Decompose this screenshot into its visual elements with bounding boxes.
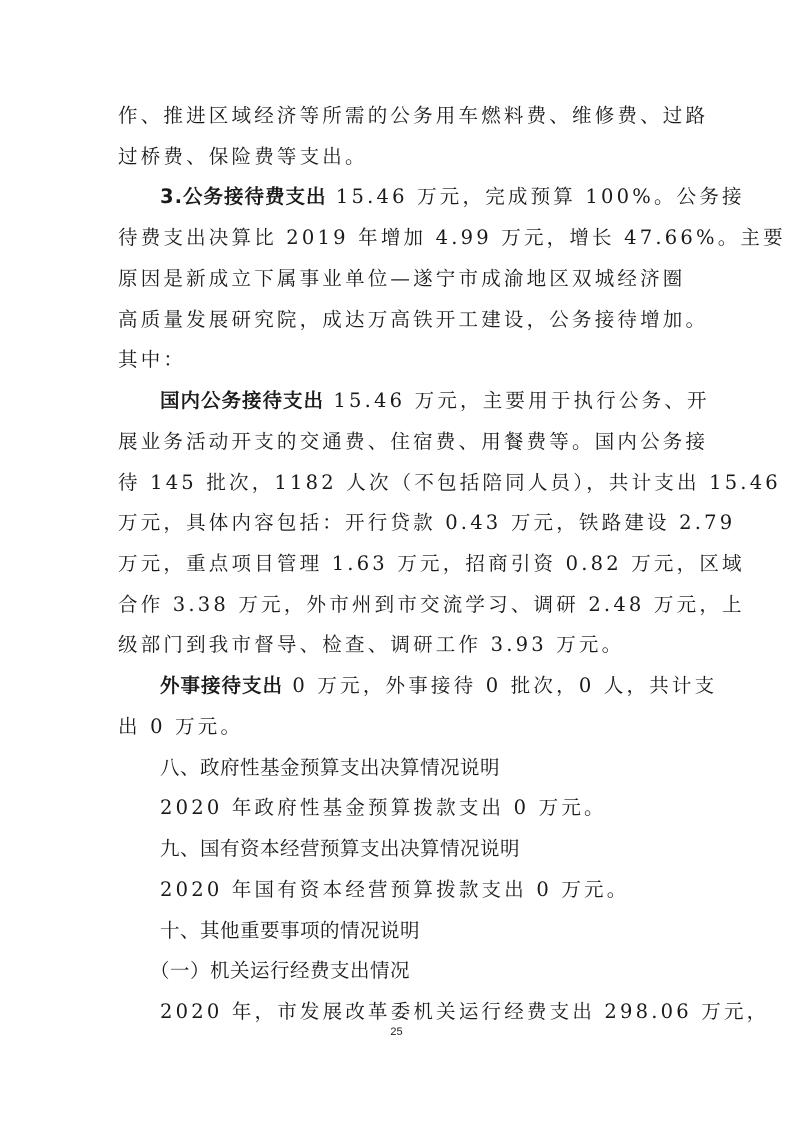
body-text-line: 级部门到我市督导、检查、调研工作 3.93 万元。 bbox=[118, 633, 678, 657]
body-text-line: 过桥费、保险费等支出。 bbox=[118, 145, 678, 169]
section-heading: 十、其他重要事项的情况说明 bbox=[160, 919, 678, 943]
section-heading: 九、国有资本经营预算支出决算情况说明 bbox=[160, 837, 678, 861]
body-text-line: 其中： bbox=[118, 348, 678, 372]
bold-lead-in: 国内公务接待支出 bbox=[160, 389, 324, 412]
body-text: 15.46 万元，完成预算 100%。公务接 bbox=[326, 185, 744, 208]
body-text-line: 出 0 万元。 bbox=[118, 715, 678, 739]
section-subheading: （一）机关运行经费支出情况 bbox=[150, 959, 710, 983]
bold-lead-in: 3.公务接待费支出 bbox=[160, 185, 326, 208]
body-text-line: 待 145 批次，1182 人次（不包括陪同人员），共计支出 15.46 bbox=[118, 471, 678, 495]
section-body: 2020 年，市发展改革委机关运行经费支出 298.06 万元， bbox=[160, 1000, 678, 1024]
body-text-line: 万元，重点项目管理 1.63 万元，招商引资 0.82 万元，区域 bbox=[118, 552, 678, 576]
body-text-line: 万元，具体内容包括：开行贷款 0.43 万元，铁路建设 2.79 bbox=[118, 511, 678, 535]
body-text-line: 作、推进区域经济等所需的公务用车燃料费、维修费、过路 bbox=[118, 104, 678, 128]
body-text-line: 原因是新成立下属事业单位—遂宁市成渝地区双城经济圈 bbox=[118, 267, 678, 291]
body-text-line: 展业务活动开支的交通费、住宿费、用餐费等。国内公务接 bbox=[118, 430, 678, 454]
section-heading: 八、政府性基金预算支出决算情况说明 bbox=[160, 756, 678, 780]
paragraph-lead-line: 国内公务接待支出 15.46 万元，主要用于执行公务、开 bbox=[160, 389, 678, 413]
section-body: 2020 年国有资本经营预算拨款支出 0 万元。 bbox=[160, 878, 678, 902]
body-text: 15.46 万元，主要用于执行公务、开 bbox=[324, 389, 710, 412]
body-text-line: 待费支出决算比 2019 年增加 4.99 万元，增长 47.66%。主要 bbox=[118, 226, 678, 250]
paragraph-lead-line: 3.公务接待费支出 15.46 万元，完成预算 100%。公务接 bbox=[160, 185, 678, 209]
page-number: 25 bbox=[0, 1026, 793, 1038]
body-text-line: 高质量发展研究院，成达万高铁开工建设，公务接待增加。 bbox=[118, 308, 678, 332]
document-page: 作、推进区域经济等所需的公务用车燃料费、维修费、过路 过桥费、保险费等支出。 3… bbox=[0, 0, 793, 1122]
bold-lead-in: 外事接待支出 bbox=[160, 674, 283, 697]
body-text-line: 合作 3.38 万元，外市州到市交流学习、调研 2.48 万元，上 bbox=[118, 593, 678, 617]
paragraph-lead-line: 外事接待支出 0 万元，外事接待 0 批次，0 人，共计支 bbox=[160, 674, 678, 698]
body-text: 0 万元，外事接待 0 批次，0 人，共计支 bbox=[283, 674, 717, 697]
section-body: 2020 年政府性基金预算拨款支出 0 万元。 bbox=[160, 796, 678, 820]
